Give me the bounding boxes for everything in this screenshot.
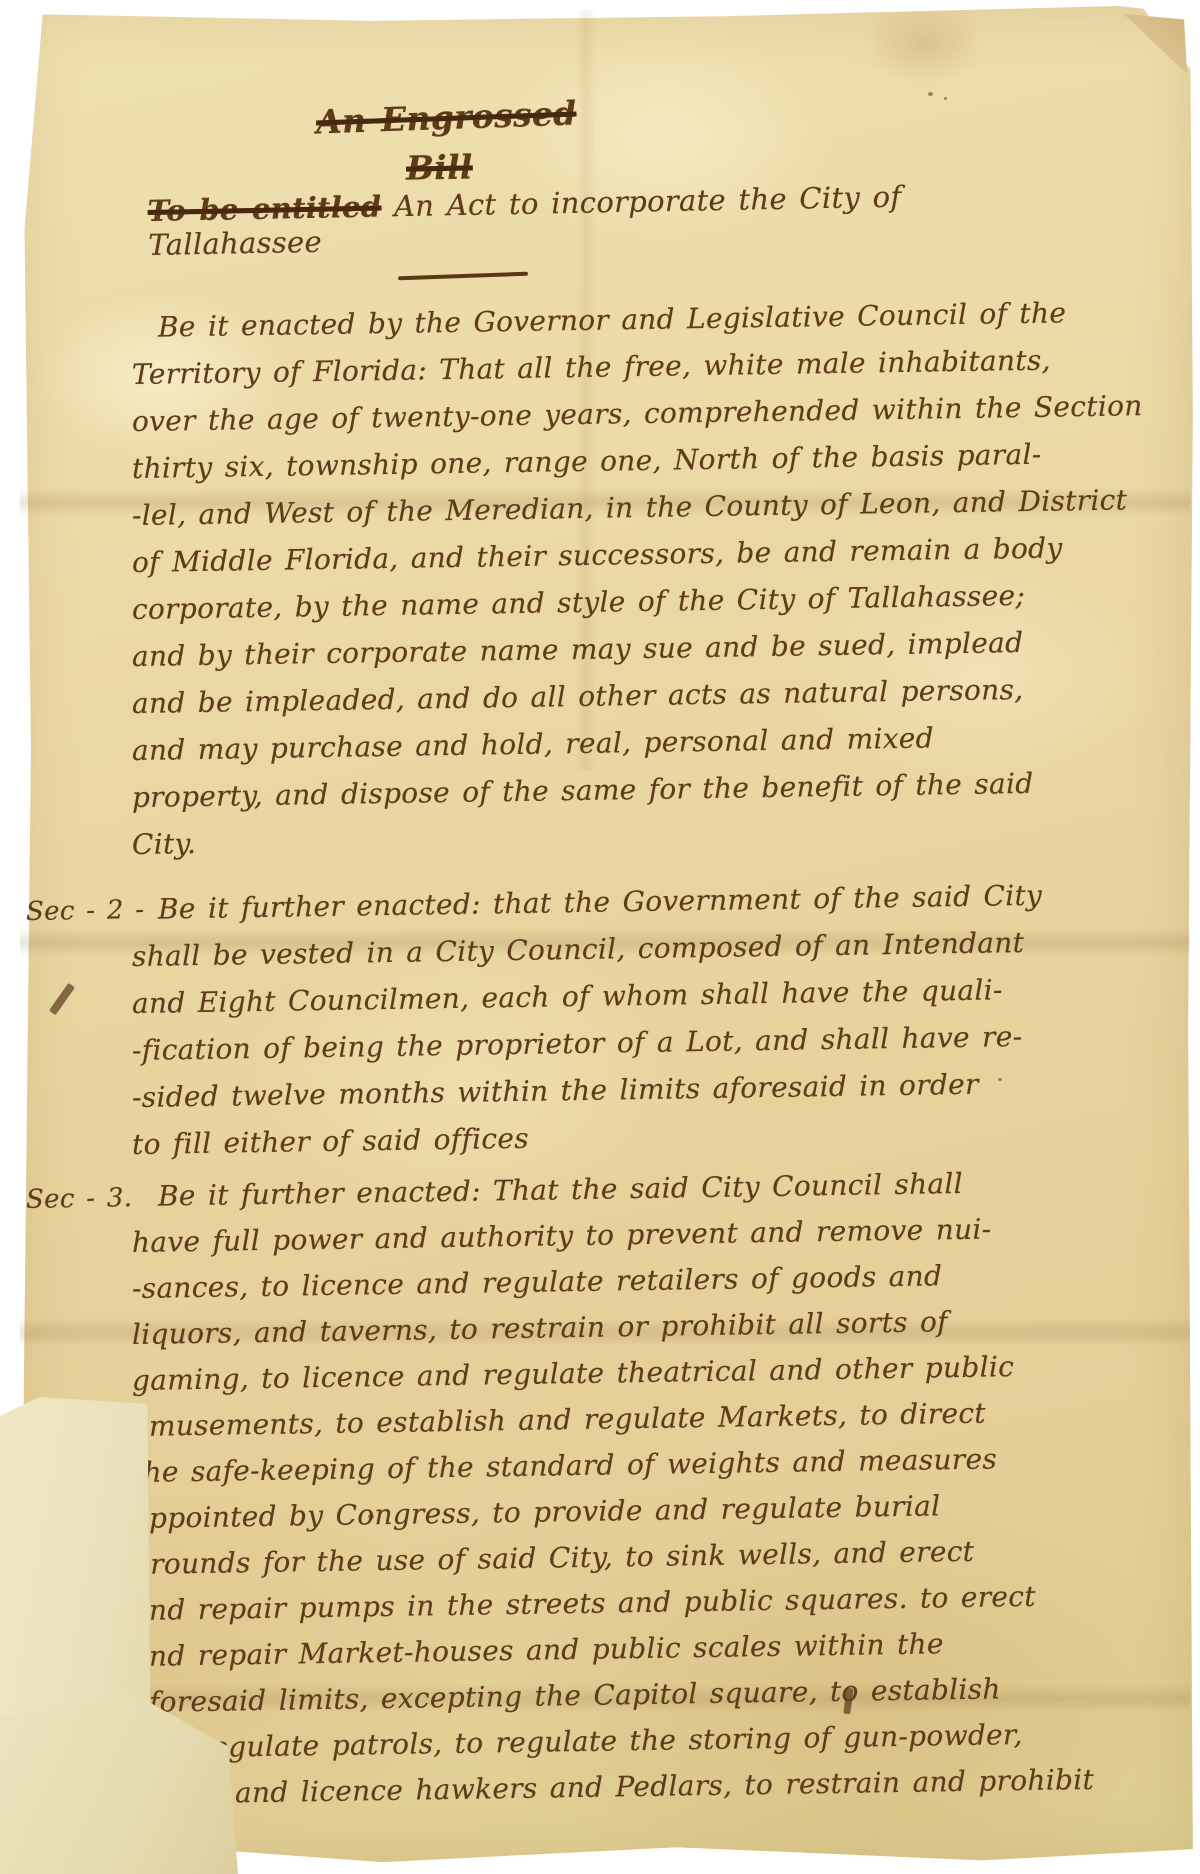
section-3-body: Be it further enacted: That the said Cit…: [132, 1174, 1062, 1818]
scanned-document-page: An Engrossed Bill To be entitled An Act …: [0, 0, 1200, 1874]
ink-speck: [928, 92, 933, 96]
section-label-2: Sec - 2 -: [26, 895, 145, 927]
section-1-body: Be it enacted by the Governor and Legisl…: [132, 304, 1062, 868]
struck-heading-bill: Bill: [406, 147, 473, 187]
section-label-3: Sec - 3.: [26, 1183, 133, 1215]
struck-title-prefix: To be entitled: [147, 190, 381, 228]
section-2-body: Be it further enacted: that the Governme…: [132, 886, 1062, 1168]
ink-speck: [944, 97, 947, 100]
